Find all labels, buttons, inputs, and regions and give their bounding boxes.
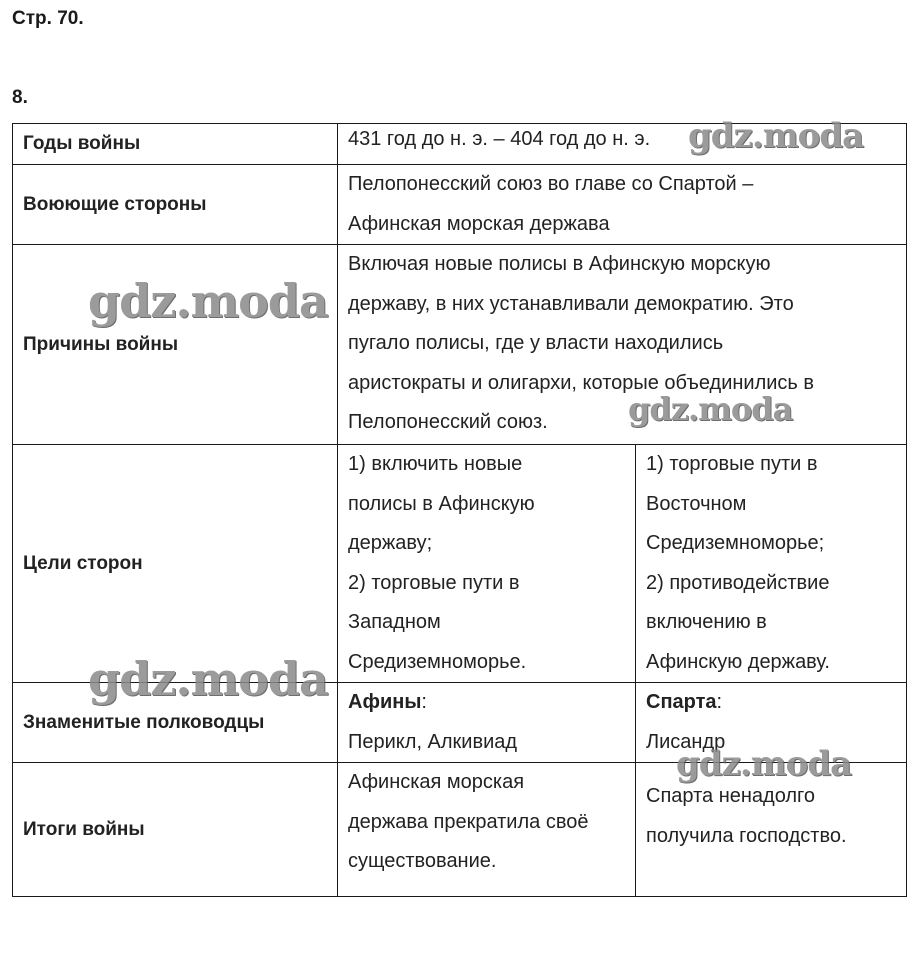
row-label: Цели сторон [13,445,338,683]
war-causes-value: Включая новые полисы в Афинскую морскую … [338,245,907,445]
general-names: Лисандр [646,723,896,763]
table-row-generals: Знаменитые полководцы Афины: Перикл, Алк… [13,683,907,763]
table-row-results: Итоги войны Афинская морская держава пре… [13,763,907,897]
sparta-goals: 1) торговые пути в Восточном Средиземном… [636,445,907,683]
row-label: Причины войны [13,245,338,445]
table-row-years: Годы войны 431 год до н. э. – 404 год до… [13,124,907,165]
row-label: Воюющие стороны [13,165,338,245]
athens-generals: Афины: Перикл, Алкивиад [338,683,636,763]
side-name: Спарта [646,691,717,713]
war-years-value: 431 год до н. э. – 404 год до н. э. [338,124,907,165]
table-row-causes: Причины войны Включая новые полисы в Афи… [13,245,907,445]
sparta-results: Спарта ненадолго получила господство. [636,763,907,897]
row-label: Итоги войны [13,763,338,897]
table-row-goals: Цели сторон 1) включить новые полисы в А… [13,445,907,683]
row-label: Знаменитые полководцы [13,683,338,763]
general-names: Перикл, Алкивиад [348,723,625,763]
table-row-sides: Воюющие стороны Пелопонесский союз во гл… [13,165,907,245]
answer-table: Годы войны 431 год до н. э. – 404 год до… [12,123,907,897]
task-number: 8. [12,87,28,109]
athens-results: Афинская морская держава прекратила своё… [338,763,636,897]
side-name: Афины [348,691,421,713]
sparta-generals: Спарта: Лисандр [636,683,907,763]
page-reference: Стр. 70. [12,8,84,30]
athens-goals: 1) включить новые полисы в Афинскую держ… [338,445,636,683]
warring-sides-value: Пелопонесский союз во главе со Спартой –… [338,165,907,245]
row-label: Годы войны [13,124,338,165]
